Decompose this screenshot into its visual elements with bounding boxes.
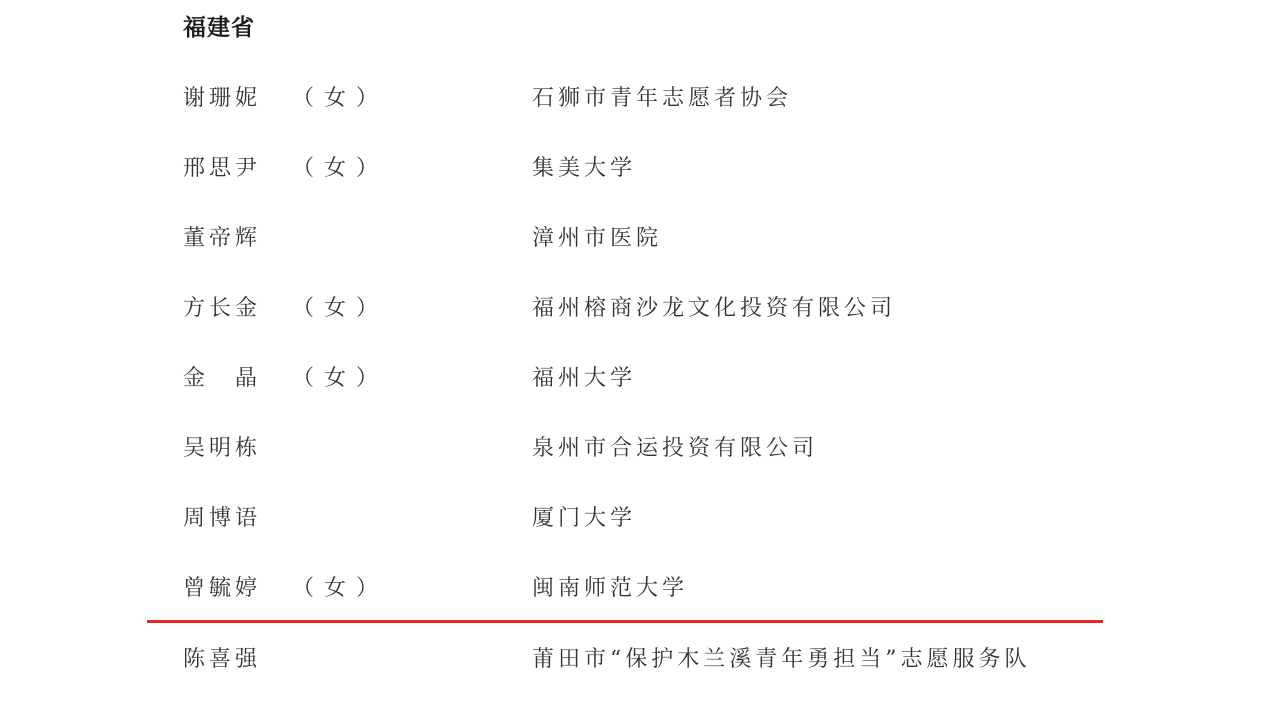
person-name: 邢思尹 [183,154,261,184]
list-item: 曾毓婷 （女） 闽南师范大学 [0,574,1280,604]
list-item: 吴明栋 泉州市合运投资有限公司 [0,434,1280,464]
person-name: 吴明栋 [183,434,261,464]
person-name: 方长金 [183,294,261,324]
person-name: 金 晶 [183,364,261,394]
list-item: 金 晶 （女） 福州大学 [0,364,1280,394]
gender-label: （女） [292,84,388,114]
list-item: 方长金 （女） 福州榕商沙龙文化投资有限公司 [0,294,1280,324]
list-item: 董帝辉 漳州市医院 [0,224,1280,254]
list-item: 邢思尹 （女） 集美大学 [0,154,1280,184]
person-name: 周博语 [183,504,261,534]
list-item: 陈喜强 莆田市“保护木兰溪青年勇担当”志愿服务队 [0,645,1280,675]
organization-name: 闽南师范大学 [532,574,688,604]
gender-label: （女） [292,294,388,324]
person-name: 谢珊妮 [183,84,261,114]
person-name: 曾毓婷 [183,574,261,604]
list-item: 谢珊妮 （女） 石狮市青年志愿者协会 [0,84,1280,114]
organization-name: 泉州市合运投资有限公司 [532,434,818,464]
organization-name: 莆田市“保护木兰溪青年勇担当”志愿服务队 [532,645,1031,675]
organization-name: 福州大学 [532,364,636,394]
section-title-province: 福建省 [183,14,255,42]
organization-name: 集美大学 [532,154,636,184]
list-item: 周博语 厦门大学 [0,504,1280,534]
organization-name: 石狮市青年志愿者协会 [532,84,792,114]
person-name: 董帝辉 [183,224,261,254]
gender-label: （女） [292,574,388,604]
document-page: 福建省 谢珊妮 （女） 石狮市青年志愿者协会 邢思尹 （女） 集美大学 董帝辉 … [0,0,1280,710]
person-name: 陈喜强 [183,645,261,675]
gender-label: （女） [292,154,388,184]
gender-label: （女） [292,364,388,394]
organization-name: 漳州市医院 [532,224,662,254]
organization-name: 福州榕商沙龙文化投资有限公司 [532,294,896,324]
red-divider-line [147,620,1103,623]
organization-name: 厦门大学 [532,504,636,534]
